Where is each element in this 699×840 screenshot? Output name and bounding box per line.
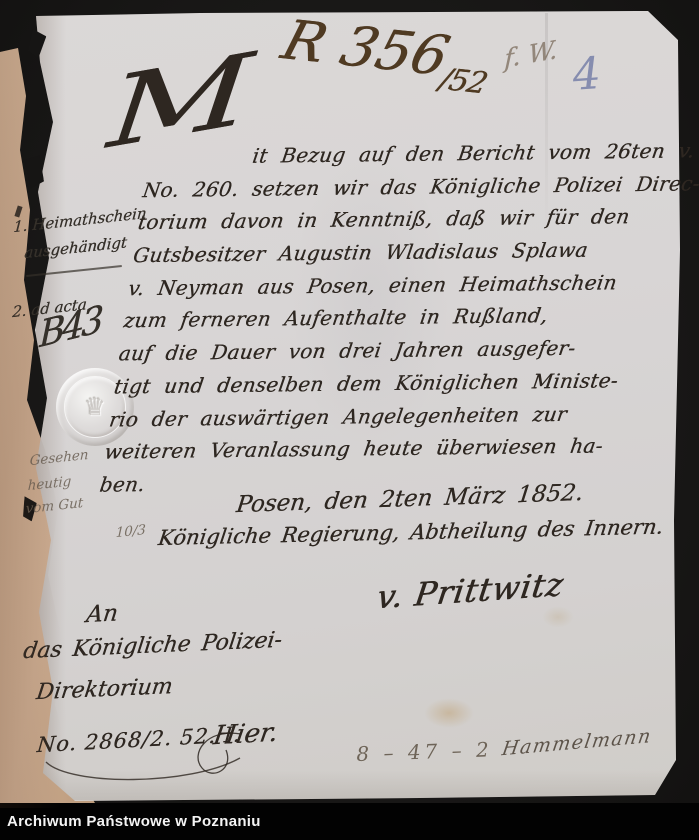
pen-flourish: [186, 726, 246, 786]
archive-name: Archiwum Państwowe w Poznaniu: [0, 813, 261, 830]
archive-watermark-bar: Archiwum Państwowe w Poznaniu: [0, 803, 699, 840]
paper-stain: [424, 698, 474, 728]
pencil-note-line: 10/3: [115, 522, 146, 541]
pencil-tally: 8 – 47 – 2: [356, 737, 493, 766]
blue-pencil-number: 4: [571, 48, 602, 101]
letter-body: it Bezug auf den Bericht vom 26ten v. M.…: [97, 134, 699, 501]
body-line: torium davon in Kenntniß, daß wir für de…: [136, 199, 699, 239]
paper-stain: [542, 606, 574, 628]
registry-mark-suffix: /52: [436, 62, 491, 101]
address-salutation: An: [85, 600, 120, 628]
archival-scan: ♛ R 356/52 f. W. 4 M it Bezug auf den Be…: [0, 0, 699, 840]
